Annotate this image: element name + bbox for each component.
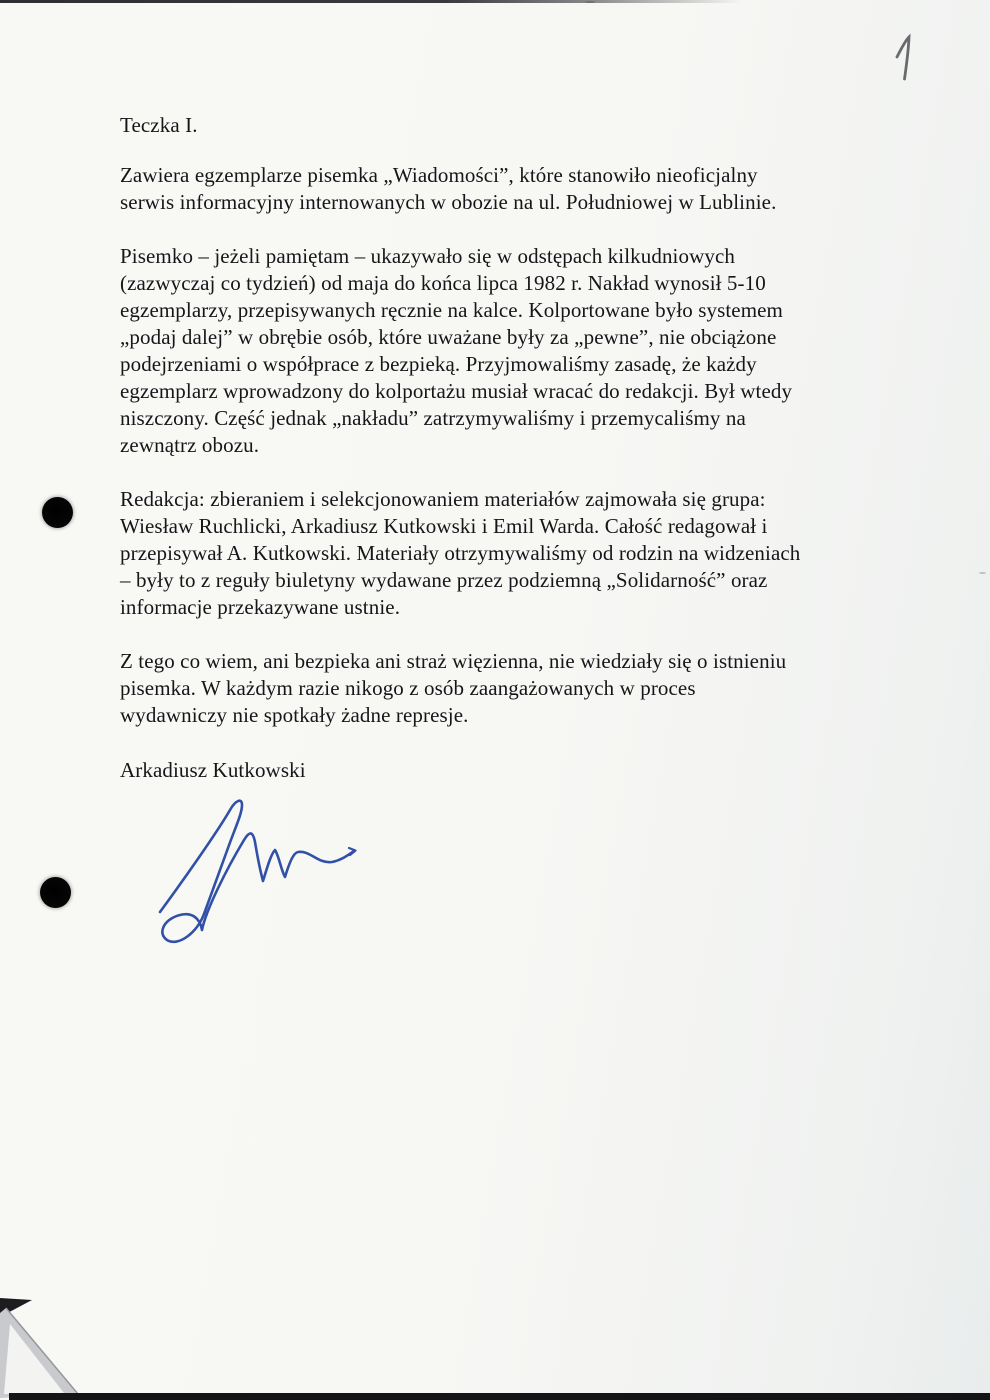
hole-punch-icon <box>42 497 73 528</box>
document-heading: Teczka I. <box>120 112 882 139</box>
scan-edge-bottom <box>9 1393 990 1400</box>
signature-ink-icon <box>140 790 400 960</box>
handwritten-signature <box>140 790 400 960</box>
page-corner-fold <box>0 1290 90 1400</box>
handwritten-page-number <box>885 28 925 88</box>
paragraph-1: Zawiera egzemplarze pisemka „Wiadomości”… <box>120 162 882 216</box>
document-body: Teczka I. Zawiera egzemplarze pisemka „W… <box>120 112 882 784</box>
paragraph-3: Redakcja: zbieraniem i selekcjonowaniem … <box>120 486 882 621</box>
paragraph-2: Pisemko – jeżeli pamiętam – ukazywało si… <box>120 243 882 459</box>
hole-punch-icon <box>40 877 71 908</box>
pencil-one-icon <box>885 28 925 88</box>
signer-name: Arkadiusz Kutkowski <box>120 757 882 784</box>
scan-edge-top <box>0 0 990 3</box>
scanned-document-page: Teczka I. Zawiera egzemplarze pisemka „W… <box>0 0 990 1400</box>
paragraph-4: Z tego co wiem, ani bezpieka ani straż w… <box>120 648 882 729</box>
scan-speck <box>979 572 986 574</box>
scan-speck <box>585 1 595 3</box>
